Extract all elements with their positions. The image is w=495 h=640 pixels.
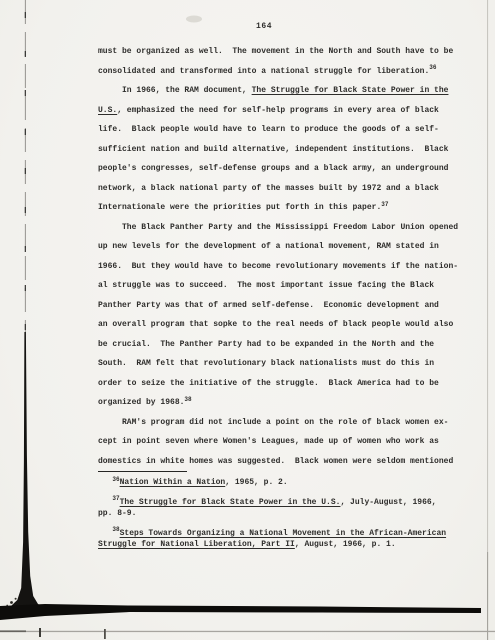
text-line: al struggle was to succeed. The most imp… [98,276,470,296]
line-segment: In 1966, the RAM document, [98,86,252,95]
text-line: be crucial. The Panther Party had to be … [98,335,470,355]
underlined-title: U.S. [98,106,117,115]
text-line: people's congresses, self-defense groups… [98,159,470,179]
text-line: life. Black people would have to learn t… [98,120,470,140]
text-line: sufficient nation and build alternative,… [98,140,470,160]
line-segment: order to seize the initiative of the str… [98,379,439,388]
line-segment: RAM's program did not include a point on… [98,418,448,427]
text-line: RAM's program did not include a point on… [98,413,470,433]
line-segment: , emphasized the need for self-help prog… [117,106,439,115]
line-segment: people's congresses, self-defense groups… [98,164,448,173]
text-line: 1966. But they would have to become revo… [98,257,470,277]
text-line: up new levels for the development of a n… [98,237,470,257]
text-line: cept in point seven where Women's League… [98,432,470,452]
line-segment: domestics in white homes was suggested. … [98,457,453,466]
line-segment [98,529,112,538]
line-segment: , July-August, 1966, [340,498,436,507]
line-segment: an overall program that sopke to the rea… [98,320,453,329]
line-segment: life. Black people would have to learn t… [98,125,439,134]
ink-speck [15,598,17,600]
body-text: must be organized as well. The movement … [98,42,470,471]
text-line: The Black Panther Party and the Mississi… [98,218,470,238]
text-line: an overall program that sopke to the rea… [98,315,470,335]
text-line: South. RAM felt that revolutionary black… [98,354,470,374]
bottom-tick [39,628,41,637]
ink-speck [6,605,8,607]
footnote-number: 38 [112,526,119,533]
line-segment: , 1965, p. 2. [225,478,287,487]
line-segment: , August, 1966, p. 1. [295,540,396,549]
line-segment: must be organized as well. The movement … [98,47,453,56]
line-segment: al struggle was to succeed. The most imp… [98,281,434,290]
footnote-line: pp. 8-9. [98,508,478,520]
bottom-faint-line-dark [0,630,26,632]
line-segment: The Black Panther Party and the Mississi… [98,223,458,232]
text-line: order to seize the initiative of the str… [98,374,470,394]
text-line: must be organized as well. The movement … [98,42,470,62]
footnote-ref: 38 [184,396,191,403]
text-line: Internationale were the priorities put f… [98,198,470,218]
line-segment: Internationale were the priorities put f… [98,203,381,212]
right-edge-line-dark [487,552,488,640]
line-segment: be crucial. The Panther Party had to be … [98,340,434,349]
right-edge-line [487,0,488,640]
text-line: Panther Party was that of armed self-def… [98,296,470,316]
bottom-tick [104,629,106,639]
footnote-line: 36Nation Within a Nation, 1965, p. 2. [98,477,478,489]
line-segment: South. RAM felt that revolutionary black… [98,359,434,368]
text-line: consolidated and transformed into a nati… [98,62,470,82]
line-segment: organized by 1968. [98,398,184,407]
line-segment: sufficient nation and build alternative,… [98,145,448,154]
underlined-title: The Struggle for Black State Power in th… [252,86,449,95]
paper-smudge [186,16,202,23]
bottom-faint-line [0,631,495,632]
line-segment: pp. 8-9. [98,509,136,518]
underlined-title: Steps Towards Organizing a National Move… [120,529,446,538]
footnote-line: 37The Struggle for Black State Power in … [98,497,478,509]
footnote-ref: 36 [429,64,436,71]
line-segment [98,498,112,507]
footnote-line: 38Steps Towards Organizing a National Mo… [98,528,478,540]
underlined-title: The Struggle for Black State Power in th… [120,498,341,507]
text-line: U.S., emphasized the need for self-help … [98,101,470,121]
line-segment: cept in point seven where Women's League… [98,437,439,446]
footnotes-section: 36Nation Within a Nation, 1965, p. 2. 37… [98,477,478,551]
bottom-ink-band-artifact [0,604,481,620]
text-line: domestics in white homes was suggested. … [98,452,470,472]
text-line: organized by 1968.38 [98,393,470,413]
page-number: 164 [256,22,272,31]
footnote-number: 36 [112,476,119,483]
text-line: network, a black national party of the m… [98,179,470,199]
footnote-number: 37 [112,495,119,502]
line-segment [98,478,112,487]
ink-spike-artifact [5,332,49,612]
underlined-title: Nation Within a Nation [120,478,226,487]
text-line: In 1966, the RAM document, The Struggle … [98,81,470,101]
line-segment: Panther Party was that of armed self-def… [98,301,439,310]
line-segment: 1966. But they would have to become revo… [98,262,458,271]
line-segment: consolidated and transformed into a nati… [98,67,429,76]
document-page: 164 must be organized as well. The movem… [0,0,495,640]
ink-speck [10,601,13,604]
footnote-line: Struggle for National Liberation, Part I… [98,539,478,551]
line-segment: up new levels for the development of a n… [98,242,439,251]
line-segment: network, a black national party of the m… [98,184,439,193]
underlined-title: Struggle for National Liberation, Part I… [98,540,295,549]
footnote-ref: 37 [381,201,388,208]
footnote-separator [98,471,187,472]
